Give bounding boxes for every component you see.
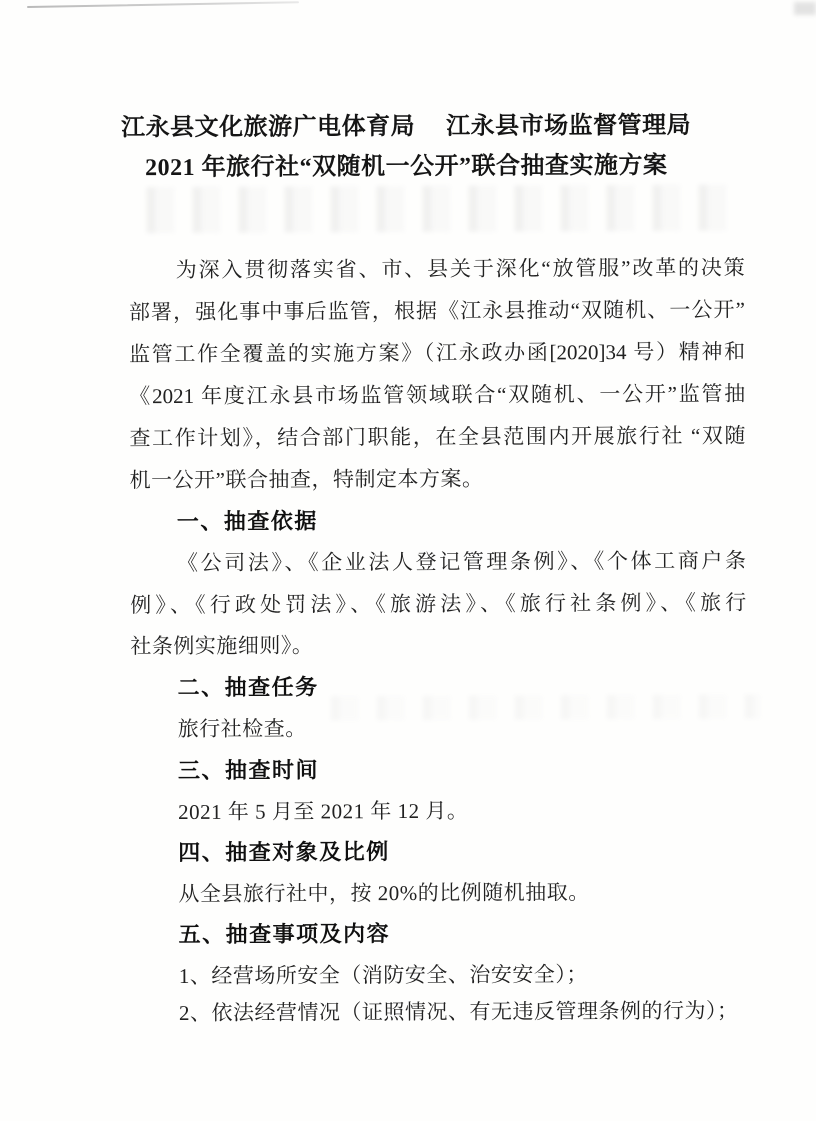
section-heading-4: 四、抽查对象及比例	[131, 835, 747, 870]
section-heading-2: 二、抽查任务	[130, 670, 746, 705]
paragraph-line: 为深入贯彻落实省、市、县关于深化“放管服”改革的决策	[129, 252, 745, 287]
paragraph-line: 《公司法》、《企业法人登记管理条例》、《个体工商户条	[130, 545, 746, 580]
paragraph-line: 《2021 年度江永县市场监管领域联合“双随机、一公开”监管抽	[129, 378, 745, 413]
scanned-document-page: 江永县文化旅游广电体育局 江永县市场监督管理局 2021 年旅行社“双随机一公开…	[0, 0, 816, 1121]
section-heading-1: 一、抽查依据	[130, 504, 746, 539]
paragraph-line: 社条例实施细则》。	[130, 628, 746, 663]
document-title-line-1: 江永县文化旅游广电体育局 江永县市场监督管理局	[0, 108, 814, 146]
list-item-line: 2、依法经营情况（证照情况、有无违反管理条例的行为）；	[132, 995, 748, 1030]
document-title-line-2: 2021 年旅行社“双随机一公开”联合抽查实施方案	[0, 148, 814, 186]
document-content: 江永县文化旅游广电体育局 江永县市场监督管理局 2021 年旅行社“双随机一公开…	[0, 0, 816, 1121]
paragraph-line: 2021 年 5 月至 2021 年 12 月。	[131, 794, 747, 829]
list-item-line: 1、经营场所安全（消防安全、治安安全）；	[132, 958, 748, 993]
paragraph-line: 监管工作全覆盖的实施方案》（江永政办函[2020]34 号）精神和	[129, 336, 745, 371]
paragraph-line: 部署，强化事中事后监管，根据《江永县推动“双随机、一公开”	[129, 294, 745, 329]
section-heading-5: 五、抽查事项及内容	[132, 917, 748, 952]
ink-bleedthrough-artifact	[146, 185, 730, 234]
paragraph-line: 从全县旅行社中，按 20%的比例随机抽取。	[131, 876, 747, 911]
paragraph-line: 例》、《行政处罚法》、《旅游法》、《旅行社条例》、《旅行	[130, 587, 746, 622]
paragraph-line: 机一公开”联合抽查，特制定本方案。	[130, 462, 746, 497]
section-heading-3: 三、抽查时间	[131, 753, 747, 788]
paragraph-line: 查工作计划》，结合部门职能，在全县范围内开展旅行社 “双随	[129, 420, 745, 455]
paragraph-line: 旅行社检查。	[131, 711, 747, 746]
